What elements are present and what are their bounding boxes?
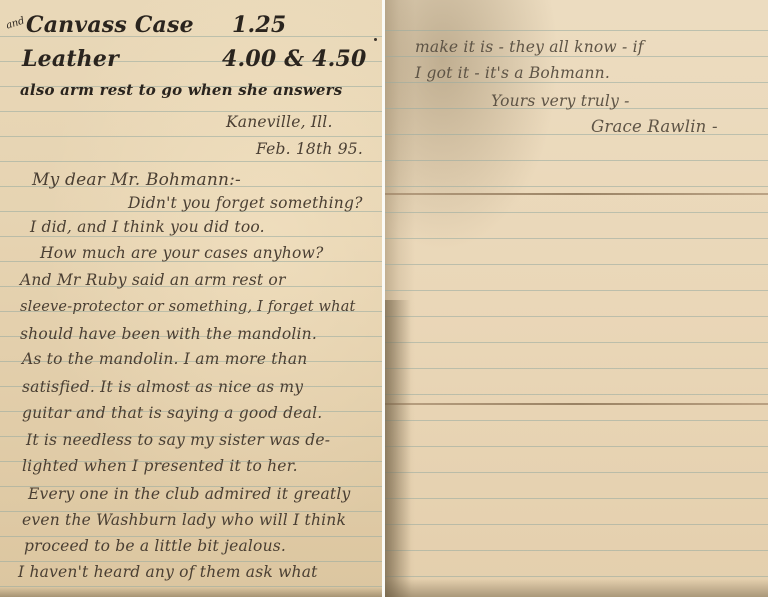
body-line: proceed to be a little bit jealous. bbox=[24, 537, 286, 555]
body-line: guitar and that is saying a good deal. bbox=[22, 404, 322, 422]
body-line: even the Washburn lady who will I think bbox=[22, 511, 346, 529]
letter-place: Kaneville, Ill. bbox=[226, 113, 333, 131]
body-line: I got it - it's a Bohmann. bbox=[415, 64, 610, 82]
body-line: should have been with the mandolin. bbox=[20, 325, 317, 343]
fold-crease bbox=[385, 193, 768, 195]
fold-crease bbox=[385, 403, 768, 405]
body-line: How much are your cases anyhow? bbox=[40, 244, 323, 262]
body-line: make it is - they all know - if bbox=[415, 38, 644, 56]
body-line: And Mr Ruby said an arm rest or bbox=[20, 271, 286, 289]
header-price-2: 4.00 & 4.50 bbox=[222, 46, 367, 72]
closing: Yours very truly - bbox=[491, 92, 630, 110]
body-line: sleeve-protector or something, I forget … bbox=[20, 299, 356, 315]
header-note-line: also arm rest to go when she answers bbox=[20, 81, 342, 99]
margin-note: and bbox=[5, 15, 26, 31]
body-line: satisfied. It is almost as nice as my bbox=[22, 378, 303, 396]
body-line: It is needless to say my sister was de- bbox=[26, 431, 330, 449]
body-line: I haven't heard any of them ask what bbox=[18, 563, 318, 581]
body-line: Didn't you forget something? bbox=[128, 194, 363, 212]
page-edge-shadow bbox=[0, 587, 382, 597]
ruled-lines bbox=[385, 0, 768, 597]
body-line: Every one in the club admired it greatly bbox=[28, 485, 350, 503]
left-page: and Canvass Case 1.25 Leather 4.00 & 4.5… bbox=[0, 0, 382, 597]
page-edge-shadow bbox=[385, 579, 768, 597]
signature: Grace Rawlin - bbox=[591, 117, 718, 136]
header-price-1: 1.25 bbox=[232, 12, 286, 38]
salutation: My dear Mr. Bohmann:- bbox=[32, 170, 241, 190]
binding-shadow bbox=[385, 300, 411, 597]
body-line: I did, and I think you did too. bbox=[30, 218, 265, 236]
ink-dot bbox=[374, 38, 377, 41]
header-item-2: Leather bbox=[22, 46, 119, 72]
header-item-1: Canvass Case bbox=[26, 12, 194, 38]
body-line: As to the mandolin. I am more than bbox=[22, 350, 308, 368]
right-page: make it is - they all know - if I got it… bbox=[385, 0, 768, 597]
body-line: lighted when I presented it to her. bbox=[22, 457, 298, 475]
letter-date: Feb. 18th 95. bbox=[256, 140, 363, 158]
